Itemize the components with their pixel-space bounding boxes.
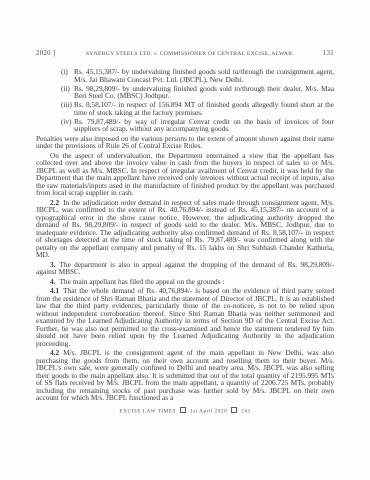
paragraph-text: That the whole demand of Rs. 40,76,894/-… [36,286,334,348]
paragraph: 2.2In the adjudication order demand in r… [36,199,334,259]
footer-page-number: 243 [241,408,250,414]
footer-imprint: EXCISE LAW TIMES1st April 2020243 [36,407,334,415]
list-item: (ii)Rs. 98,29,809/- by undervaluing fini… [36,85,334,100]
case-title-versus: v. [154,51,158,57]
case-title: SYNERGY STEELS LTD. v. COMMISSIONER OF C… [55,51,323,57]
case-title-respondent: COMMISSIONER OF CENTRAL EXCISE, ALWAR [160,51,293,57]
list-item-text: Rs. 98,29,809/- by undervaluing finished… [74,84,334,101]
paragraph-text: In the adjudication order demand in resp… [36,198,334,260]
square-separator-icon [231,407,237,413]
text-column: 2020 ] SYNERGY STEELS LTD. v. COMMISSION… [36,50,334,414]
footer-date: 1st April 2020 [190,408,227,414]
list-item: (iii)Rs. 8,58,107/- in respect of 156.89… [36,101,334,116]
list-item-text: Rs. 8,58,107/- in respect of 156.894 MT … [74,100,334,117]
square-separator-icon [180,407,186,413]
list-item-marker: (iv) [61,118,74,126]
body-text: (i)Rs. 45,15,387/- by undervaluing finis… [36,68,334,402]
paragraph-text: The department is also in appeal against… [36,260,334,277]
case-title-appellant: SYNERGY STEELS LTD. [86,51,152,57]
paragraph: 4.1That the whole demand of Rs. 40,76,89… [36,287,334,347]
running-header: 2020 ] SYNERGY STEELS LTD. v. COMMISSION… [36,50,334,57]
paragraph: Penalties were also imposed on the vario… [36,135,334,150]
list-item: (i)Rs. 45,15,387/- by undervaluing finis… [36,68,334,83]
list-item-marker: (ii) [61,85,74,93]
paragraph: On the aspect of undervaluation, the Dep… [36,152,334,197]
paragraph-text: On the aspect of undervaluation, the Dep… [36,151,334,198]
paragraph-text: M/s. JBCPL is the consignment agent of t… [36,348,334,402]
document-page: 2020 ] SYNERGY STEELS LTD. v. COMMISSION… [0,0,370,480]
list-item-text: Rs. 45,15,387/- by undervaluing finished… [74,67,334,84]
header-year: 2020 ] [36,50,55,57]
paragraph: 4.The main appellant has filed the appea… [36,278,334,286]
paragraph-number: 4. [50,277,55,286]
list-item-marker: (iii) [61,101,74,109]
paragraph-text: The main appellant has filed the appeal … [59,277,224,286]
paragraph-text: Penalties were also imposed on the vario… [36,134,334,151]
list-item: (iv)Rs. 79,87,489/- by way of irregular … [36,118,334,133]
list-item-marker: (i) [61,68,74,76]
paragraph: 4.2M/s. JBCPL is the consignment agent o… [36,349,334,402]
footer-journal-name: EXCISE LAW TIMES [119,408,176,414]
list-item-text: Rs. 79,87,489/- by way of irregular Cenv… [74,117,334,134]
header-page-number: 131 [323,50,334,57]
paragraph: 3.The department is also in appeal again… [36,261,334,276]
